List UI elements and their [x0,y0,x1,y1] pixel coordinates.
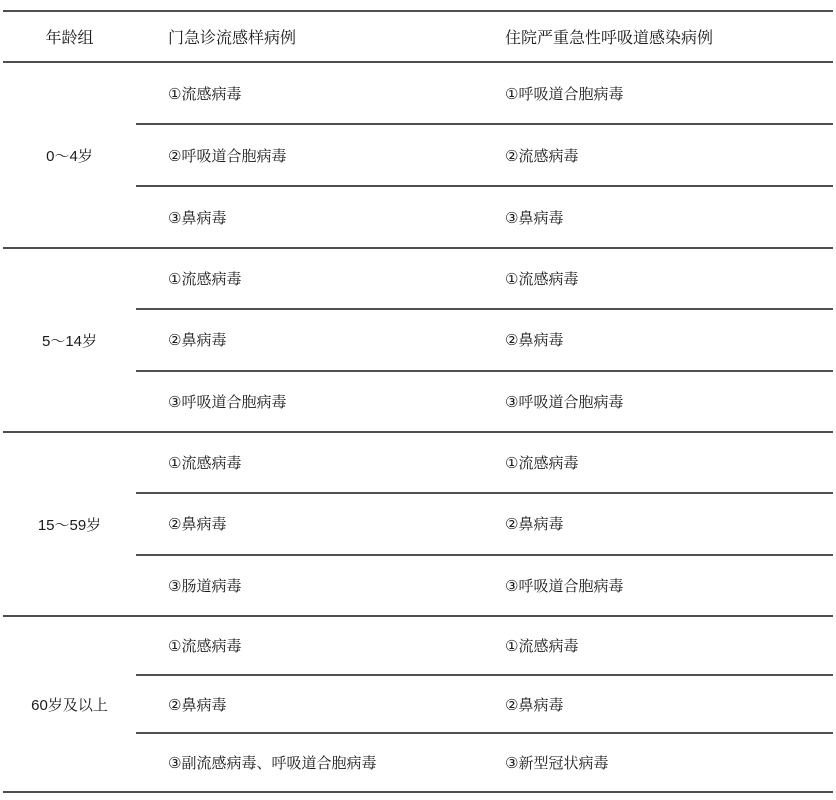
inpatient-rank-2: ②流感病毒 [473,125,833,185]
header-age-group: 年龄组 [3,25,136,48]
inpatient-rank-2: ②鼻病毒 [473,494,833,553]
outpatient-rank-1: ①流感病毒 [136,249,473,308]
age-group-section-0-4: 0～4岁 ①流感病毒 ①呼吸道合胞病毒 ②呼吸道合胞病毒 ②流感病毒 ③鼻病毒 … [3,63,833,247]
inpatient-rank-2: ②鼻病毒 [473,676,833,733]
pathogen-rank-rows: ①流感病毒 ①流感病毒 ②鼻病毒 ②鼻病毒 ③副流感病毒、呼吸道合胞病毒 ③新型… [136,617,833,791]
inpatient-rank-3: ③新型冠状病毒 [473,734,833,791]
age-group-label: 0～4岁 [3,63,136,247]
age-group-section-5-14: 5～14岁 ①流感病毒 ①流感病毒 ②鼻病毒 ②鼻病毒 ③呼吸道合胞病毒 ③呼吸… [3,247,833,431]
inpatient-rank-2: ②鼻病毒 [473,310,833,369]
pathogen-rank-rows: ①流感病毒 ①流感病毒 ②鼻病毒 ②鼻病毒 ③肠道病毒 ③呼吸道合胞病毒 [136,433,833,615]
header-hospitalized-sari-cases: 住院严重急性呼吸道感染病例 [473,25,833,48]
inpatient-rank-3: ③鼻病毒 [473,187,833,247]
table-row: ③呼吸道合胞病毒 ③呼吸道合胞病毒 [136,370,833,431]
pathogen-surveillance-table-page: 年龄组 门急诊流感样病例 住院严重急性呼吸道感染病例 0～4岁 ①流感病毒 ①呼… [0,0,836,800]
age-group-label: 5～14岁 [3,249,136,431]
outpatient-rank-2: ②鼻病毒 [136,676,473,733]
pathogen-surveillance-table: 年龄组 门急诊流感样病例 住院严重急性呼吸道感染病例 0～4岁 ①流感病毒 ①呼… [3,10,833,793]
table-row: ②鼻病毒 ②鼻病毒 [136,308,833,369]
age-group-section-60-plus: 60岁及以上 ①流感病毒 ①流感病毒 ②鼻病毒 ②鼻病毒 ③副流感病毒、呼吸道合… [3,615,833,791]
outpatient-rank-2: ②呼吸道合胞病毒 [136,125,473,185]
inpatient-rank-3: ③呼吸道合胞病毒 [473,372,833,431]
inpatient-rank-1: ①呼吸道合胞病毒 [473,63,833,123]
table-row: ①流感病毒 ①流感病毒 [136,433,833,492]
age-group-label: 15～59岁 [3,433,136,615]
outpatient-rank-3: ③肠道病毒 [136,556,473,615]
outpatient-rank-2: ②鼻病毒 [136,494,473,553]
table-row: ③副流感病毒、呼吸道合胞病毒 ③新型冠状病毒 [136,732,833,791]
outpatient-rank-3: ③副流感病毒、呼吸道合胞病毒 [136,734,473,791]
pathogen-rank-rows: ①流感病毒 ①流感病毒 ②鼻病毒 ②鼻病毒 ③呼吸道合胞病毒 ③呼吸道合胞病毒 [136,249,833,431]
inpatient-rank-3: ③呼吸道合胞病毒 [473,556,833,615]
age-group-section-15-59: 15～59岁 ①流感病毒 ①流感病毒 ②鼻病毒 ②鼻病毒 ③肠道病毒 ③呼吸道合… [3,431,833,615]
outpatient-rank-1: ①流感病毒 [136,63,473,123]
table-row: ②呼吸道合胞病毒 ②流感病毒 [136,123,833,185]
inpatient-rank-1: ①流感病毒 [473,617,833,674]
table-row: ③肠道病毒 ③呼吸道合胞病毒 [136,554,833,615]
table-row: ①流感病毒 ①呼吸道合胞病毒 [136,63,833,123]
table-row: ①流感病毒 ①流感病毒 [136,617,833,674]
table-row: ②鼻病毒 ②鼻病毒 [136,492,833,553]
outpatient-rank-1: ①流感病毒 [136,433,473,492]
table-header-row: 年龄组 门急诊流感样病例 住院严重急性呼吸道感染病例 [3,12,833,63]
outpatient-rank-3: ③呼吸道合胞病毒 [136,372,473,431]
outpatient-rank-1: ①流感病毒 [136,617,473,674]
age-group-label: 60岁及以上 [3,617,136,791]
header-outpatient-ili-cases: 门急诊流感样病例 [136,25,473,48]
table-row: ③鼻病毒 ③鼻病毒 [136,185,833,247]
table-row: ②鼻病毒 ②鼻病毒 [136,674,833,733]
outpatient-rank-2: ②鼻病毒 [136,310,473,369]
inpatient-rank-1: ①流感病毒 [473,433,833,492]
outpatient-rank-3: ③鼻病毒 [136,187,473,247]
pathogen-rank-rows: ①流感病毒 ①呼吸道合胞病毒 ②呼吸道合胞病毒 ②流感病毒 ③鼻病毒 ③鼻病毒 [136,63,833,247]
table-row: ①流感病毒 ①流感病毒 [136,249,833,308]
inpatient-rank-1: ①流感病毒 [473,249,833,308]
